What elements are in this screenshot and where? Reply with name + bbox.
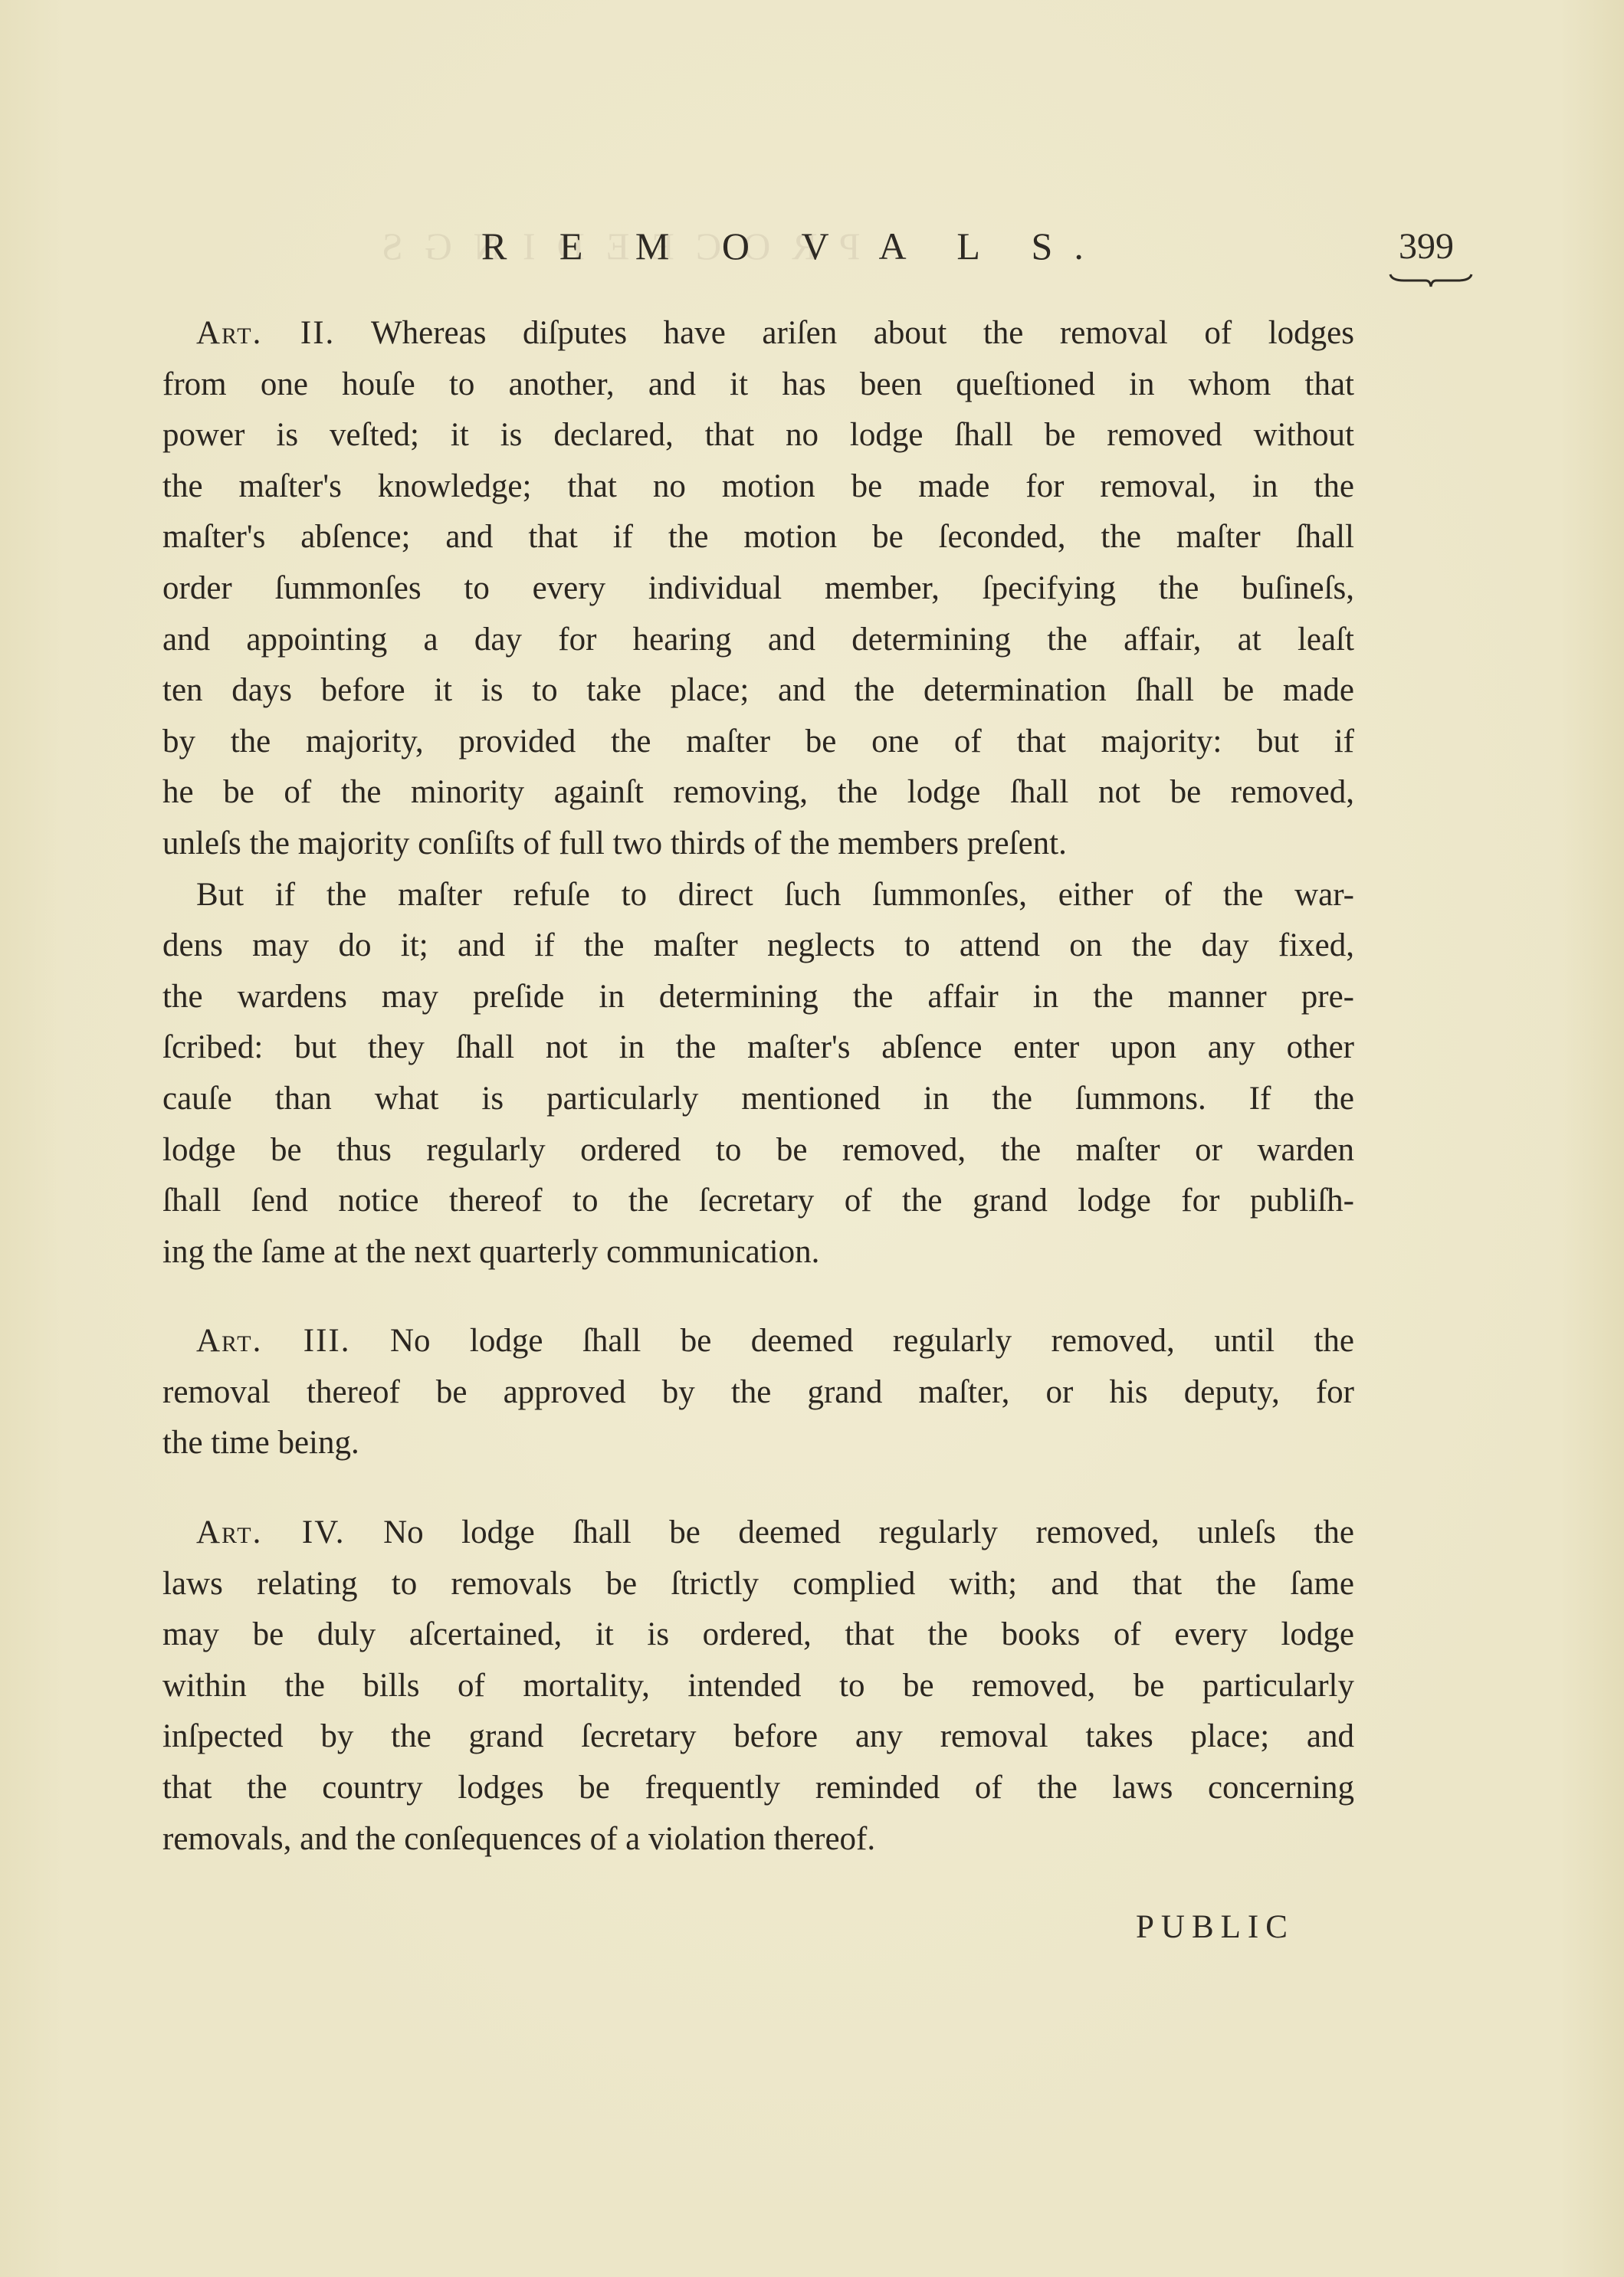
text-line: from one houſe to another, and it has be… bbox=[162, 359, 1354, 411]
article-label: Art. II. bbox=[196, 315, 335, 351]
text-line: removals, and the conſequences of a viol… bbox=[162, 1814, 1354, 1865]
text-line: unleſs the majority conſiſts of full two… bbox=[162, 819, 1354, 870]
article-label: Art. IV. bbox=[196, 1514, 345, 1550]
text-line: removal thereof be approved by the grand… bbox=[162, 1367, 1354, 1419]
text-line: that the country lodges be frequently re… bbox=[162, 1763, 1354, 1814]
text-line: and appointing a day for hearing and det… bbox=[162, 615, 1354, 666]
article-2: Art. II. Whereas diſputes have ariſen ab… bbox=[162, 308, 1354, 1278]
body-text: Art. II. Whereas diſputes have ariſen ab… bbox=[162, 308, 1354, 1865]
text-line: he be of the minority againſt removing, … bbox=[162, 767, 1354, 819]
paragraph-gap bbox=[162, 1469, 1354, 1508]
text-line: Art. IV. No lodge ſhall be deemed regula… bbox=[162, 1508, 1354, 1559]
text-line: within the bills of mortality, intended … bbox=[162, 1661, 1354, 1712]
text-line: maſter's abſence; and that if the motion… bbox=[162, 512, 1354, 563]
article-4: Art. IV. No lodge ſhall be deemed regula… bbox=[162, 1508, 1354, 1865]
text-line: Art. III. No lodge ſhall be deemed regul… bbox=[162, 1316, 1354, 1367]
text-line: order ſummonſes to every individual memb… bbox=[162, 563, 1354, 615]
text-line: power is veſted; it is declared, that no… bbox=[162, 410, 1354, 461]
text-line: laws relating to removals be ſtrictly co… bbox=[162, 1559, 1354, 1610]
article-label: Art. III. bbox=[196, 1323, 350, 1359]
text-line: the maſter's knowledge; that no motion b… bbox=[162, 461, 1354, 513]
paragraph-gap bbox=[162, 1278, 1354, 1316]
text-line: the time being. bbox=[162, 1418, 1354, 1469]
text-line: inſpected by the grand ſecretary before … bbox=[162, 1711, 1354, 1763]
text-line: dens may do it; and if the maſter neglec… bbox=[162, 920, 1354, 972]
text-line: ſcribed: but they ſhall not in the maſte… bbox=[162, 1022, 1354, 1074]
page-number: 399 bbox=[1399, 225, 1454, 267]
text-line: by the majority, provided the maſter be … bbox=[162, 717, 1354, 768]
catchword: PUBLIC bbox=[1136, 1908, 1294, 1946]
text-line: ſhall ſend notice thereof to the ſecreta… bbox=[162, 1176, 1354, 1227]
text-line: ing the ſame at the next quarterly commu… bbox=[162, 1227, 1354, 1278]
article-3: Art. III. No lodge ſhall be deemed regul… bbox=[162, 1316, 1354, 1469]
text-line: may be duly aſcertained, it is ordered, … bbox=[162, 1609, 1354, 1661]
text-line: ten days before it is to take place; and… bbox=[162, 665, 1354, 717]
text-line: cauſe than what is particularly mentione… bbox=[162, 1074, 1354, 1125]
running-title: R E M O V A L S. bbox=[481, 224, 1105, 268]
text-line: lodge be thus regularly ordered to be re… bbox=[162, 1125, 1354, 1176]
book-page: PROCEEDINGS R E M O V A L S. 399 Art. II… bbox=[0, 0, 1624, 2277]
page-number-bracket-icon bbox=[1389, 271, 1473, 288]
text-line: the wardens may preſide in determining t… bbox=[162, 972, 1354, 1023]
text-line: But if the maſter refuſe to direct ſuch … bbox=[162, 870, 1354, 921]
text-line: Art. II. Whereas diſputes have ariſen ab… bbox=[162, 308, 1354, 359]
